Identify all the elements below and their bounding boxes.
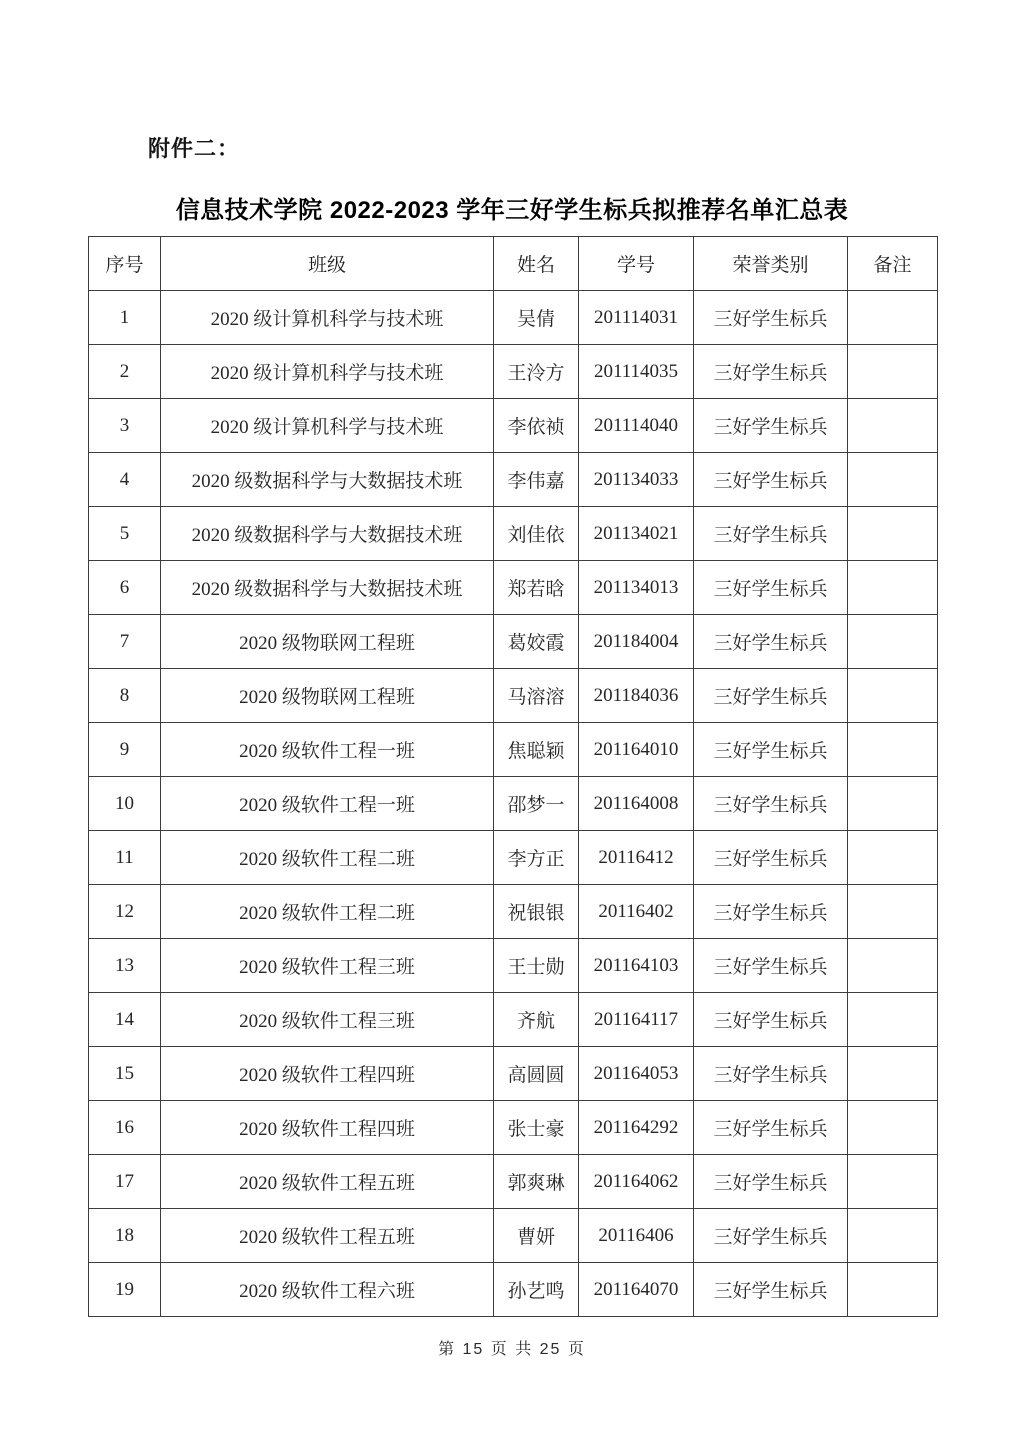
cell-student-id: 201114040 — [579, 399, 694, 453]
cell-student-id: 201134013 — [579, 561, 694, 615]
cell-honor: 三好学生标兵 — [694, 291, 848, 345]
cell-index: 15 — [89, 1047, 161, 1101]
cell-honor: 三好学生标兵 — [694, 831, 848, 885]
cell-student-id: 201184004 — [579, 615, 694, 669]
cell-student-id: 201164292 — [579, 1101, 694, 1155]
cell-honor: 三好学生标兵 — [694, 993, 848, 1047]
cell-class: 2020 级计算机科学与技术班 — [161, 345, 494, 399]
cell-index: 1 — [89, 291, 161, 345]
cell-remark — [848, 993, 938, 1047]
cell-class: 2020 级软件工程六班 — [161, 1263, 494, 1317]
cell-honor: 三好学生标兵 — [694, 669, 848, 723]
cell-index: 5 — [89, 507, 161, 561]
cell-honor: 三好学生标兵 — [694, 399, 848, 453]
cell-class: 2020 级计算机科学与技术班 — [161, 399, 494, 453]
cell-remark — [848, 1155, 938, 1209]
cell-name: 祝银银 — [494, 885, 579, 939]
cell-student-id: 201164062 — [579, 1155, 694, 1209]
attachment-label: 附件二： — [148, 132, 240, 163]
cell-class: 2020 级软件工程一班 — [161, 723, 494, 777]
table-row: 62020 级数据科学与大数据技术班郑若晗201134013三好学生标兵 — [89, 561, 938, 615]
cell-index: 6 — [89, 561, 161, 615]
cell-class: 2020 级物联网工程班 — [161, 669, 494, 723]
cell-name: 葛姣霞 — [494, 615, 579, 669]
cell-index: 4 — [89, 453, 161, 507]
cell-remark — [848, 561, 938, 615]
cell-student-id: 201164008 — [579, 777, 694, 831]
cell-remark — [848, 1047, 938, 1101]
cell-name: 李伟嘉 — [494, 453, 579, 507]
cell-student-id: 201164053 — [579, 1047, 694, 1101]
cell-student-id: 201134033 — [579, 453, 694, 507]
cell-remark — [848, 777, 938, 831]
cell-honor: 三好学生标兵 — [694, 1263, 848, 1317]
cell-honor: 三好学生标兵 — [694, 1047, 848, 1101]
cell-remark — [848, 507, 938, 561]
cell-honor: 三好学生标兵 — [694, 561, 848, 615]
cell-index: 8 — [89, 669, 161, 723]
cell-class: 2020 级数据科学与大数据技术班 — [161, 561, 494, 615]
cell-remark — [848, 399, 938, 453]
cell-honor: 三好学生标兵 — [694, 777, 848, 831]
cell-name: 马溶溶 — [494, 669, 579, 723]
cell-index: 12 — [89, 885, 161, 939]
col-header-honor: 荣誉类别 — [694, 237, 848, 291]
table-row: 22020 级计算机科学与技术班王泠方201114035三好学生标兵 — [89, 345, 938, 399]
table-row: 112020 级软件工程二班李方正20116412三好学生标兵 — [89, 831, 938, 885]
cell-class: 2020 级数据科学与大数据技术班 — [161, 453, 494, 507]
cell-class: 2020 级物联网工程班 — [161, 615, 494, 669]
page-title: 信息技术学院 2022-2023 学年三好学生标兵拟推荐名单汇总表 — [0, 190, 1024, 225]
cell-index: 18 — [89, 1209, 161, 1263]
cell-name: 邵梦一 — [494, 777, 579, 831]
cell-index: 17 — [89, 1155, 161, 1209]
table-header-row: 序号 班级 姓名 学号 荣誉类别 备注 — [89, 237, 938, 291]
cell-class: 2020 级软件工程三班 — [161, 993, 494, 1047]
cell-student-id: 201164117 — [579, 993, 694, 1047]
cell-honor: 三好学生标兵 — [694, 453, 848, 507]
page-number: 第 15 页 共 25 页 — [0, 1336, 1024, 1359]
cell-index: 10 — [89, 777, 161, 831]
cell-class: 2020 级数据科学与大数据技术班 — [161, 507, 494, 561]
cell-name: 刘佳依 — [494, 507, 579, 561]
cell-student-id: 201134021 — [579, 507, 694, 561]
cell-student-id: 201114031 — [579, 291, 694, 345]
cell-name: 孙艺鸣 — [494, 1263, 579, 1317]
cell-class: 2020 级软件工程五班 — [161, 1155, 494, 1209]
cell-name: 王泠方 — [494, 345, 579, 399]
cell-class: 2020 级软件工程四班 — [161, 1047, 494, 1101]
cell-name: 郑若晗 — [494, 561, 579, 615]
cell-remark — [848, 831, 938, 885]
cell-index: 14 — [89, 993, 161, 1047]
cell-name: 李方正 — [494, 831, 579, 885]
table-row: 102020 级软件工程一班邵梦一201164008三好学生标兵 — [89, 777, 938, 831]
cell-student-id: 20116412 — [579, 831, 694, 885]
cell-student-id: 201114035 — [579, 345, 694, 399]
cell-student-id: 201164010 — [579, 723, 694, 777]
table-row: 142020 级软件工程三班齐航201164117三好学生标兵 — [89, 993, 938, 1047]
table-row: 52020 级数据科学与大数据技术班刘佳依201134021三好学生标兵 — [89, 507, 938, 561]
cell-index: 7 — [89, 615, 161, 669]
cell-class: 2020 级软件工程二班 — [161, 885, 494, 939]
table-row: 192020 级软件工程六班孙艺鸣201164070三好学生标兵 — [89, 1263, 938, 1317]
cell-index: 13 — [89, 939, 161, 993]
cell-index: 3 — [89, 399, 161, 453]
cell-honor: 三好学生标兵 — [694, 507, 848, 561]
cell-honor: 三好学生标兵 — [694, 1209, 848, 1263]
table-row: 32020 级计算机科学与技术班李依祯201114040三好学生标兵 — [89, 399, 938, 453]
cell-honor: 三好学生标兵 — [694, 939, 848, 993]
cell-remark — [848, 885, 938, 939]
cell-remark — [848, 1101, 938, 1155]
table-row: 182020 级软件工程五班曹妍20116406三好学生标兵 — [89, 1209, 938, 1263]
table-body: 12020 级计算机科学与技术班吴倩201114031三好学生标兵22020 级… — [89, 291, 938, 1317]
cell-honor: 三好学生标兵 — [694, 345, 848, 399]
cell-honor: 三好学生标兵 — [694, 615, 848, 669]
table-row: 12020 级计算机科学与技术班吴倩201114031三好学生标兵 — [89, 291, 938, 345]
cell-class: 2020 级软件工程三班 — [161, 939, 494, 993]
cell-student-id: 20116402 — [579, 885, 694, 939]
cell-class: 2020 级软件工程一班 — [161, 777, 494, 831]
cell-name: 张士豪 — [494, 1101, 579, 1155]
cell-remark — [848, 291, 938, 345]
cell-class: 2020 级软件工程二班 — [161, 831, 494, 885]
document-page: 附件二： 信息技术学院 2022-2023 学年三好学生标兵拟推荐名单汇总表 序… — [0, 0, 1024, 1448]
cell-remark — [848, 669, 938, 723]
col-header-remark: 备注 — [848, 237, 938, 291]
students-table: 序号 班级 姓名 学号 荣誉类别 备注 12020 级计算机科学与技术班吴倩20… — [88, 236, 938, 1317]
cell-class: 2020 级软件工程五班 — [161, 1209, 494, 1263]
cell-honor: 三好学生标兵 — [694, 1101, 848, 1155]
table-row: 72020 级物联网工程班葛姣霞201184004三好学生标兵 — [89, 615, 938, 669]
col-header-index: 序号 — [89, 237, 161, 291]
col-header-name: 姓名 — [494, 237, 579, 291]
cell-remark — [848, 345, 938, 399]
cell-name: 王士勋 — [494, 939, 579, 993]
cell-student-id: 201164070 — [579, 1263, 694, 1317]
cell-remark — [848, 453, 938, 507]
col-header-student-id: 学号 — [579, 237, 694, 291]
cell-honor: 三好学生标兵 — [694, 885, 848, 939]
table-row: 132020 级软件工程三班王士勋201164103三好学生标兵 — [89, 939, 938, 993]
cell-class: 2020 级软件工程四班 — [161, 1101, 494, 1155]
cell-remark — [848, 615, 938, 669]
cell-remark — [848, 723, 938, 777]
table-row: 42020 级数据科学与大数据技术班李伟嘉201134033三好学生标兵 — [89, 453, 938, 507]
table-row: 162020 级软件工程四班张士豪201164292三好学生标兵 — [89, 1101, 938, 1155]
cell-index: 2 — [89, 345, 161, 399]
cell-honor: 三好学生标兵 — [694, 1155, 848, 1209]
cell-student-id: 201184036 — [579, 669, 694, 723]
table-row: 122020 级软件工程二班祝银银20116402三好学生标兵 — [89, 885, 938, 939]
cell-remark — [848, 1209, 938, 1263]
cell-remark — [848, 1263, 938, 1317]
cell-index: 11 — [89, 831, 161, 885]
cell-name: 齐航 — [494, 993, 579, 1047]
cell-name: 高圆圆 — [494, 1047, 579, 1101]
table-row: 92020 级软件工程一班焦聪颖201164010三好学生标兵 — [89, 723, 938, 777]
cell-honor: 三好学生标兵 — [694, 723, 848, 777]
table-row: 82020 级物联网工程班马溶溶201184036三好学生标兵 — [89, 669, 938, 723]
cell-remark — [848, 939, 938, 993]
cell-name: 曹妍 — [494, 1209, 579, 1263]
table-row: 172020 级软件工程五班郭爽琳201164062三好学生标兵 — [89, 1155, 938, 1209]
cell-name: 李依祯 — [494, 399, 579, 453]
col-header-class: 班级 — [161, 237, 494, 291]
cell-name: 郭爽琳 — [494, 1155, 579, 1209]
cell-student-id: 201164103 — [579, 939, 694, 993]
table-row: 152020 级软件工程四班高圆圆201164053三好学生标兵 — [89, 1047, 938, 1101]
cell-index: 19 — [89, 1263, 161, 1317]
cell-name: 吴倩 — [494, 291, 579, 345]
cell-name: 焦聪颖 — [494, 723, 579, 777]
cell-class: 2020 级计算机科学与技术班 — [161, 291, 494, 345]
cell-index: 9 — [89, 723, 161, 777]
cell-student-id: 20116406 — [579, 1209, 694, 1263]
cell-index: 16 — [89, 1101, 161, 1155]
